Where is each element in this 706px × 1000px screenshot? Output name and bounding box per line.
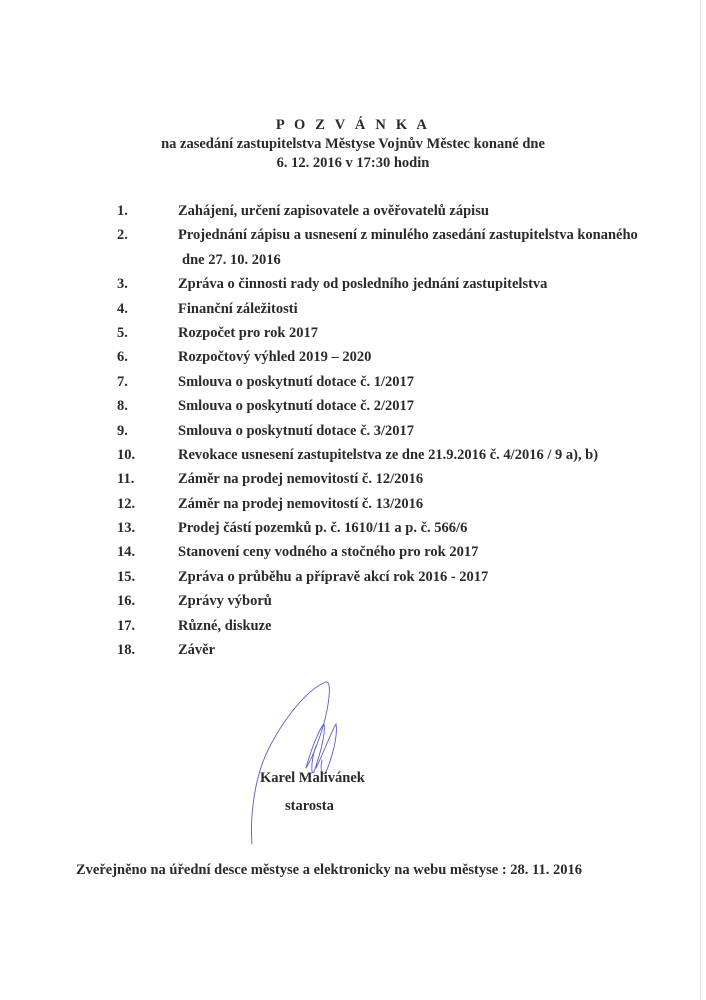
agenda-item-number: 1.	[117, 199, 178, 223]
agenda-item-number: 2.	[117, 223, 178, 247]
agenda-item-number: 8.	[117, 394, 178, 418]
agenda-item: 13.Prodej částí pozemků p. č. 1610/11 a …	[117, 516, 657, 540]
publication-notice: Zveřejněno na úřední desce městyse a ele…	[76, 862, 582, 879]
agenda-item: 9.Smlouva o poskytnutí dotace č. 3/2017	[117, 419, 657, 443]
signatory-name: Karel Malivánek	[260, 764, 365, 792]
agenda-item-number: 11.	[117, 467, 178, 491]
agenda-item: 3.Zpráva o činnosti rady od posledního j…	[117, 272, 657, 296]
agenda-item-text: Smlouva o poskytnutí dotace č. 1/2017	[178, 370, 414, 394]
agenda-item-number: 13.	[117, 516, 178, 540]
agenda-item-number: 7.	[117, 370, 178, 394]
agenda-item: 18.Závěr	[117, 638, 657, 662]
agenda-item-text: Prodej částí pozemků p. č. 1610/11 a p. …	[178, 516, 467, 540]
agenda-item-number: 9.	[117, 419, 178, 443]
agenda-item-text: Smlouva o poskytnutí dotace č. 3/2017	[178, 419, 414, 443]
handwritten-signature	[240, 676, 380, 846]
agenda-item: 8.Smlouva o poskytnutí dotace č. 2/2017	[117, 394, 657, 418]
agenda-item-text: Projednání zápisu a usnesení z minulého …	[178, 223, 638, 247]
meeting-datetime: 6. 12. 2016 v 17:30 hodin	[0, 154, 706, 173]
agenda-item: 11.Záměr na prodej nemovitostí č. 12/201…	[117, 467, 657, 491]
agenda-item: 6.Rozpočtový výhled 2019 – 2020	[117, 345, 657, 369]
agenda-item-continuation: dne 27. 10. 2016	[117, 248, 657, 272]
agenda-item-number: 4.	[117, 297, 178, 321]
agenda-item-text: Rozpočtový výhled 2019 – 2020	[178, 345, 371, 369]
agenda-item: 1.Zahájení, určení zapisovatele a ověřov…	[117, 199, 657, 223]
agenda-item-number: 6.	[117, 345, 178, 369]
agenda-item-number: 17.	[117, 614, 178, 638]
agenda-item-text: Různé, diskuze	[178, 614, 271, 638]
agenda-item-number: 14.	[117, 540, 178, 564]
document-page: P O Z V Á N K A na zasedání zastupitelst…	[0, 0, 706, 1000]
signatory-block: Karel Malivánek starosta	[260, 764, 365, 820]
agenda-item-number: 18.	[117, 638, 178, 662]
agenda-item-text: Zahájení, určení zapisovatele a ověřovat…	[178, 199, 489, 223]
agenda-item-text: Rozpočet pro rok 2017	[178, 321, 318, 345]
invitation-header: P O Z V Á N K A na zasedání zastupitelst…	[0, 116, 706, 173]
agenda-item-text: Zpráva o činnosti rady od posledního jed…	[178, 272, 547, 296]
agenda-item-text: Záměr na prodej nemovitostí č. 12/2016	[178, 467, 423, 491]
agenda-item-number: 15.	[117, 565, 178, 589]
meeting-description: na zasedání zastupitelstva Městyse Vojnů…	[0, 135, 706, 154]
agenda-item: 14.Stanovení ceny vodného a stočného pro…	[117, 540, 657, 564]
agenda-item-number: 16.	[117, 589, 178, 613]
agenda-item: 2.Projednání zápisu a usnesení z minuléh…	[117, 223, 657, 272]
agenda-item-text: Revokace usnesení zastupitelstva ze dne …	[178, 443, 598, 467]
agenda-item: 10.Revokace usnesení zastupitelstva ze d…	[117, 443, 657, 467]
agenda-item: 12.Záměr na prodej nemovitostí č. 13/201…	[117, 492, 657, 516]
agenda-item: 4.Finanční záležitosti	[117, 297, 657, 321]
agenda-item-number: 5.	[117, 321, 178, 345]
agenda-item: 16.Zprávy výborů	[117, 589, 657, 613]
agenda-item-number: 10.	[117, 443, 178, 467]
agenda-list: 1.Zahájení, určení zapisovatele a ověřov…	[117, 199, 657, 662]
agenda-item-text: Stanovení ceny vodného a stočného pro ro…	[178, 540, 478, 564]
agenda-item-text: Záměr na prodej nemovitostí č. 13/2016	[178, 492, 423, 516]
agenda-item-text: Zpráva o průběhu a přípravě akcí rok 201…	[178, 565, 488, 589]
agenda-item-number: 12.	[117, 492, 178, 516]
agenda-item: 7.Smlouva o poskytnutí dotace č. 1/2017	[117, 370, 657, 394]
agenda-item-number: 3.	[117, 272, 178, 296]
agenda-item: 15.Zpráva o průběhu a přípravě akcí rok …	[117, 565, 657, 589]
agenda-item: 17.Různé, diskuze	[117, 614, 657, 638]
signatory-role: starosta	[260, 792, 365, 820]
agenda-item-text: Finanční záležitosti	[178, 297, 298, 321]
agenda-item-text: Zprávy výborů	[178, 589, 272, 613]
agenda-item-text: Smlouva o poskytnutí dotace č. 2/2017	[178, 394, 414, 418]
document-title: P O Z V Á N K A	[0, 116, 706, 135]
agenda-item-text: Závěr	[178, 638, 215, 662]
agenda-item: 5.Rozpočet pro rok 2017	[117, 321, 657, 345]
